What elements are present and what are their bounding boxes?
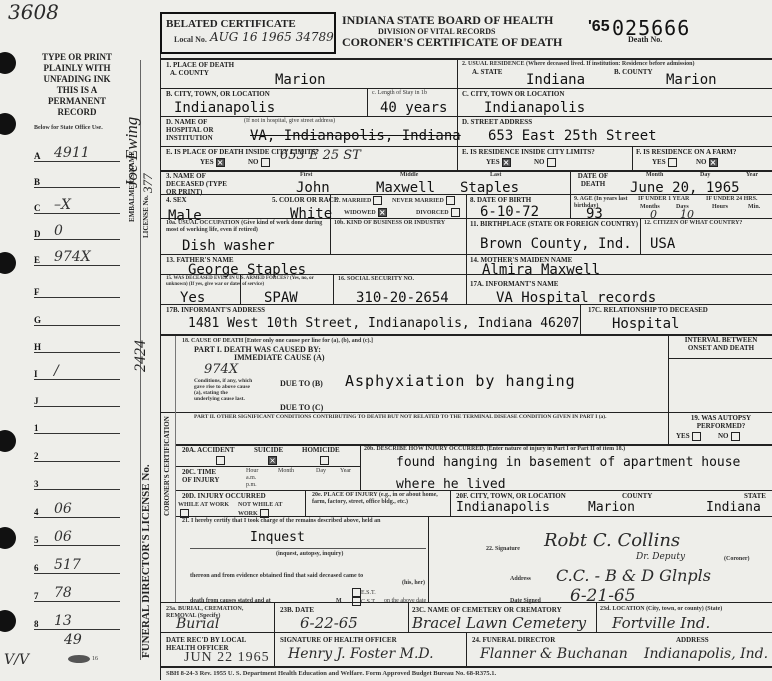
res-county-label: b. COUNTY: [614, 68, 653, 76]
rule: [175, 466, 360, 467]
manner-homicide[interactable]: HOMICIDE: [302, 446, 340, 454]
res-inside-city-yes[interactable]: YES×: [486, 158, 511, 167]
hospital-name: VA, Indianapolis, Indiana: [250, 128, 461, 144]
embalmer-name: Joe Ewing: [122, 117, 142, 188]
hospital-correction: 653 E 25 ST: [280, 148, 361, 163]
checkbox-icon: [180, 509, 189, 518]
injury-state: Indiana: [706, 500, 761, 515]
health-officer-label: SIGNATURE OF HEALTH OFFICER: [280, 636, 397, 644]
race-label: 5. COLOR OR RACE: [272, 196, 339, 204]
rule: [457, 58, 458, 170]
due-to-c-label: DUE TO (c): [280, 404, 323, 412]
punch-hole: [0, 527, 16, 549]
farm-no[interactable]: NO×: [696, 158, 718, 167]
punch-hole: [0, 430, 16, 452]
cemetery-label: 23c. NAME OF CEMETERY OR CREMATORY: [412, 606, 562, 614]
office-row-8: 813: [34, 616, 120, 630]
length-of-stay: 40 years: [380, 100, 447, 116]
deceased-last: Staples: [460, 180, 519, 196]
office-row-7: 778: [34, 588, 120, 602]
war-service: SPAW: [264, 290, 298, 306]
health-officer-signature: Henry J. Foster M.D.: [288, 646, 434, 662]
rule: [466, 254, 467, 304]
deputy-title: Dr. Deputy: [636, 552, 685, 562]
rule: [450, 490, 451, 516]
printer-number: 16: [92, 656, 98, 663]
citizen-label: 12. CITIZEN OF WHAT COUNTRY?: [644, 220, 742, 227]
armed-forces: Yes: [180, 290, 205, 306]
hours-label: Hours: [712, 204, 728, 211]
rule: [360, 444, 361, 490]
address-label: Address: [510, 576, 531, 583]
place-of-injury-label: 20e. PLACE OF INJURY (e.g., in or about …: [312, 492, 448, 506]
checkbox-icon: [352, 588, 361, 597]
office-row-h: H: [34, 339, 120, 353]
never-married-option[interactable]: NEVER MARRIED: [392, 196, 455, 205]
burial-method: Burial: [176, 616, 219, 632]
checkbox-icon: [547, 158, 556, 167]
checkbox-checked-icon: ×: [709, 158, 718, 167]
office-row-j: J: [34, 393, 120, 407]
injury-description-2: where he lived: [396, 477, 506, 492]
immediate-cause-label: IMMEDIATE CAUSE (a): [234, 354, 325, 362]
office-row-4: 406: [34, 504, 120, 518]
citizen: USA: [650, 236, 675, 252]
office-row-3: 3: [34, 476, 120, 490]
embalmer-license: 377: [140, 174, 156, 194]
while-at-work[interactable]: WHILE AT WORK: [178, 502, 238, 518]
conditions-label: Conditions, if any, which gave rise to a…: [194, 378, 254, 402]
injury-county-label: COUNTY: [622, 492, 652, 500]
social-security-number: 310-20-2654: [356, 290, 449, 306]
deceased-middle: Maxwell: [376, 180, 435, 196]
header-agency: INDIANA STATE BOARD OF HEALTH: [342, 14, 622, 27]
printer-mark-icon: [68, 655, 90, 663]
street-label: d. STREET ADDRESS: [462, 118, 532, 126]
held-hint: (inquest, autopsy, inquiry): [276, 551, 343, 558]
hospital-hint: (If not in hospital, give street address…: [244, 118, 335, 125]
day-label: Day: [700, 172, 710, 179]
interval-label: INTERVAL BETWEEN ONSET AND DEATH: [672, 336, 770, 352]
embalmer-license-label: LICENSE No.: [142, 195, 150, 238]
birthplace: Brown County, Ind.: [480, 236, 632, 252]
rule: [596, 602, 597, 632]
place-inside-city-no[interactable]: NO: [248, 158, 270, 167]
office-row-c: C–X: [34, 200, 120, 214]
due-to-b-label: DUE TO (b): [280, 380, 323, 388]
burial-date: 6-22-65: [300, 614, 358, 632]
cemetery-name: Bracel Lawn Cemetery: [412, 614, 586, 632]
punch-hole: [0, 52, 16, 74]
injury-occurred-label: 20d. INJURY OCCURRED: [182, 492, 266, 500]
manner-suicide[interactable]: SUICIDE: [254, 446, 283, 454]
deceased-name-label: 3. NAME OF DECEASED (Type or print): [166, 172, 236, 196]
burial-location: Fortville Ind.: [612, 614, 710, 632]
rule: [160, 58, 772, 60]
thereon-text: thereon and from evidence obtained find …: [190, 573, 363, 580]
year-label: Year: [746, 172, 758, 179]
office-extra-value: 49: [64, 632, 82, 648]
punch-hole: [0, 252, 16, 274]
place-of-death-label: 1. PLACE OF DEATH: [166, 61, 234, 69]
divorced-option[interactable]: DIVORCED: [416, 208, 460, 217]
rule: [367, 88, 368, 116]
informant-label: 17a. INFORMANT'S NAME: [470, 280, 558, 288]
farm-yes[interactable]: YES: [652, 158, 677, 167]
checkbox-icon: [352, 597, 361, 606]
funeral-director: Flanner & Buchanan: [480, 646, 628, 662]
form-footer: SBH 8-24-3 Rev. 1955 U. S. Department He…: [166, 670, 496, 677]
punch-hole: [0, 610, 16, 632]
death-from-text: death from causes stated and at: [190, 598, 271, 605]
injury-state-label: STATE: [744, 492, 766, 500]
rule: [160, 666, 772, 668]
cause-code: 974X: [204, 362, 238, 377]
office-row-6: 6517: [34, 560, 120, 574]
file-number: 3608: [8, 0, 59, 24]
rule: [160, 304, 772, 305]
death-certificate: 3608 TYPE OR PRINT PLAINLY WITH UNFADING…: [0, 0, 772, 681]
not-while-at-work[interactable]: NOT WHILE AT WORK: [238, 502, 302, 518]
year-label: Year: [340, 468, 351, 475]
dob-label: 8. DATE OF BIRTH: [470, 196, 531, 204]
rule: [305, 490, 306, 516]
rule: [428, 516, 429, 602]
office-use-label: Below for State Office Use.: [34, 125, 103, 132]
on-date-text: on the above date: [384, 598, 426, 605]
sex-label: 4. SEX: [166, 196, 187, 204]
header-title: CORONER'S CERTIFICATE OF DEATH: [342, 36, 622, 49]
checkbox-checked-icon: ×: [378, 208, 387, 217]
local-number: AUG 16 1965 34789: [210, 30, 334, 44]
his-her-hint: (his, her): [402, 580, 425, 587]
part2-label: PART II. OTHER SIGNIFICANT CONDITIONS CO…: [194, 414, 664, 421]
farm-label: f. IS RESIDENCE ON A FARM?: [636, 148, 736, 156]
rule: [160, 170, 772, 172]
funeral-director-license-label: FUNERAL DIRECTOR'S LICENSE No.: [140, 464, 152, 658]
checkbox-icon: [668, 158, 677, 167]
informant-name: VA Hospital records: [496, 290, 656, 306]
coroner-certification-label: CORONER'S CERTIFICATION: [163, 416, 171, 516]
office-row-f: F: [34, 284, 120, 298]
certification-held: Inquest: [250, 530, 305, 545]
residence-city: Indianapolis: [484, 100, 585, 116]
ssn-label: 16. SOCIAL SECURITY NO.: [338, 276, 414, 283]
checkbox-checked-icon: ×: [502, 158, 511, 167]
rule: [160, 412, 772, 413]
corner-initials: V/V: [4, 652, 29, 668]
est-option[interactable]: E.S.T.: [350, 588, 376, 597]
middle-label: Middle: [400, 172, 418, 179]
death-number-label: Death No.: [628, 36, 662, 44]
office-row-i: I/: [34, 366, 120, 380]
res-city-label: c. CITY, TOWN OR LOCATION: [462, 90, 564, 98]
residence-label: 2. USUAL RESIDENCE (Where deceased lived…: [462, 61, 770, 68]
injury-county: Marion: [588, 500, 635, 515]
burial-date-label: 23b. DATE: [280, 606, 314, 614]
res-inside-city-no[interactable]: NO: [534, 158, 556, 167]
county-label: a. COUNTY: [170, 69, 209, 77]
state-label: a. STATE: [472, 68, 502, 76]
rule: [466, 194, 467, 218]
injury-description-1: found hanging in basement of apartment h…: [396, 455, 740, 470]
office-row-d: D0: [34, 226, 120, 240]
office-row-1: 1: [34, 420, 120, 434]
res-inside-city-label: e. IS RESIDENCE INSIDE CITY LIMITS?: [462, 148, 595, 156]
rule: [570, 170, 571, 194]
rule: [160, 88, 772, 89]
describe-injury-label: 20b. DESCRIBE HOW INJURY OCCURRED. (Ente…: [364, 446, 625, 453]
office-row-a: A4911: [34, 148, 120, 162]
checkbox-icon[interactable]: [320, 456, 329, 465]
birthplace-label: 11. BIRTHPLACE (State or foreign country…: [470, 220, 638, 228]
cause-label: 18. CAUSE OF DEATH [Enter only one cause…: [182, 338, 373, 345]
form-header: INDIANA STATE BOARD OF HEALTH DIVISION O…: [342, 14, 622, 49]
rule: [466, 218, 467, 254]
rule: [408, 602, 409, 632]
rule: [570, 194, 571, 218]
relationship-label: 17c. RELATIONSHIP TO DECEASED: [588, 306, 708, 314]
rule: [580, 304, 581, 334]
armed-forces-label: 15. WAS DECEASED EVER IN U.S. ARMED FORC…: [166, 276, 332, 288]
punch-hole: [0, 113, 16, 135]
checkbox-checked-icon[interactable]: ×: [268, 456, 277, 465]
month-label: Month: [278, 468, 294, 475]
residence-street: 653 East 25th Street: [488, 128, 657, 144]
office-row-5: 506: [34, 532, 120, 546]
day-label: Day: [316, 468, 326, 475]
burial-location-label: 23d. LOCATION (City, town, or county) (S…: [600, 606, 722, 613]
funeral-address-label: ADDRESS: [676, 636, 709, 644]
autopsy-yes[interactable]: YES: [676, 432, 701, 441]
rule: [190, 548, 426, 549]
under-1-year-label: IF UNDER 1 YEAR: [638, 196, 689, 203]
relationship: Hospital: [612, 316, 679, 332]
autopsy-no[interactable]: NO: [718, 432, 740, 441]
injury-location-label: 20f. CITY, TOWN, OR LOCATION: [456, 492, 566, 500]
occupation: Dish washer: [182, 238, 275, 254]
checkbox-icon: [373, 196, 382, 205]
office-row-e: E974X: [34, 252, 120, 266]
coroner-label: (Coroner): [724, 556, 750, 563]
office-row-2: 2: [34, 448, 120, 462]
checkbox-icon: [451, 208, 460, 217]
coroner-signature: Robt C. Collins: [544, 530, 680, 551]
under-24-hrs-label: IF UNDER 24 HRS.: [706, 196, 757, 203]
date-of-death-label: DATE OF DEATH: [576, 172, 610, 188]
industry-label: 10b. KIND OF BUSINESS OR INDUSTRY: [334, 220, 445, 227]
rule: [160, 116, 772, 117]
checkbox-icon[interactable]: [216, 456, 225, 465]
last-label: Last: [490, 172, 501, 179]
cause-due-to-b: Asphyxiation by hanging: [345, 372, 576, 390]
funeral-director-label: 24. FUNERAL DIRECTOR: [472, 636, 555, 644]
residence-state: Indiana: [526, 72, 585, 88]
sidebar-notice: TYPE OR PRINT PLAINLY WITH UNFADING INK …: [22, 52, 132, 118]
widowed-option[interactable]: WIDOWED×: [344, 208, 387, 217]
signature-label: 22. Signature: [486, 546, 520, 553]
received-date-stamp: JUN 22 1965: [184, 650, 270, 666]
checkbox-icon: [692, 432, 701, 441]
belated-certificate-box: BELATED CERTIFICATE Local No. AUG 16 196…: [160, 12, 336, 54]
time-of-injury-label: 20c. TIME OF INJURY: [182, 468, 226, 484]
date-signed-label: Date Signed: [510, 598, 541, 605]
place-inside-city-yes[interactable]: YES×: [200, 158, 225, 167]
checkbox-icon: [261, 158, 270, 167]
checkbox-icon: [731, 432, 740, 441]
rule: [668, 358, 772, 359]
checkbox-checked-icon: ×: [216, 158, 225, 167]
rule: [466, 632, 467, 666]
manner-accident[interactable]: 20a. ACCIDENT: [182, 446, 235, 454]
funeral-address: Indianapolis, Ind.: [644, 646, 768, 662]
autopsy-label: 19. WAS AUTOPSY PERFORMED?: [672, 414, 770, 430]
rule: [274, 602, 275, 666]
married-option[interactable]: 7. MARRIED: [336, 196, 382, 205]
occupation-label: 10a. USUAL OCCUPATION (Give kind of work…: [166, 220, 326, 234]
office-row-b: B: [34, 174, 120, 188]
date-of-death: June 20, 1965: [630, 180, 740, 196]
m-label: M: [336, 598, 342, 605]
funeral-director-license: 2424: [132, 340, 150, 372]
checkbox-icon: [446, 196, 455, 205]
city-label: b. CITY, TOWN, OR LOCATION: [166, 90, 270, 98]
month-label: Month: [646, 172, 663, 179]
rule: [175, 336, 176, 602]
date-signed: 6-21-65: [570, 586, 636, 606]
coroner-address: C.C. - B & D Glnpls: [556, 566, 711, 585]
place-county: Marion: [275, 72, 326, 88]
informant-address-label: 17b. INFORMANT'S ADDRESS: [166, 306, 265, 314]
injury-city: Indianapolis: [456, 500, 550, 515]
rule: [333, 274, 334, 304]
mother-name: Almira Maxwell: [482, 262, 600, 278]
residence-county: Marion: [666, 72, 717, 88]
office-row-g: G: [34, 312, 120, 326]
cst-option[interactable]: C.S.T.: [350, 597, 376, 606]
rule: [632, 146, 633, 170]
first-label: First: [300, 172, 312, 179]
death-number-prefix: '65: [588, 18, 610, 36]
rule: [668, 334, 669, 444]
rule: [160, 146, 772, 147]
checkbox-icon: [260, 509, 269, 518]
place-city: Indianapolis: [174, 100, 275, 116]
stay-label: c. Length of Stay in 1b: [372, 90, 427, 97]
informant-address: 1481 West 10th Street, Indianapolis, Ind…: [188, 316, 579, 331]
deceased-first: John: [296, 180, 330, 196]
date-of-birth: 6-10-72: [480, 204, 539, 220]
min-label: Min.: [748, 204, 760, 211]
hospital-label: d. NAME OF HOSPITAL OR INSTITUTION: [166, 118, 226, 142]
rule: [640, 218, 641, 254]
certification-text: 21. I hereby certify that I took charge …: [182, 518, 380, 525]
hour-label: Hour a.m. p.m.: [246, 468, 268, 489]
